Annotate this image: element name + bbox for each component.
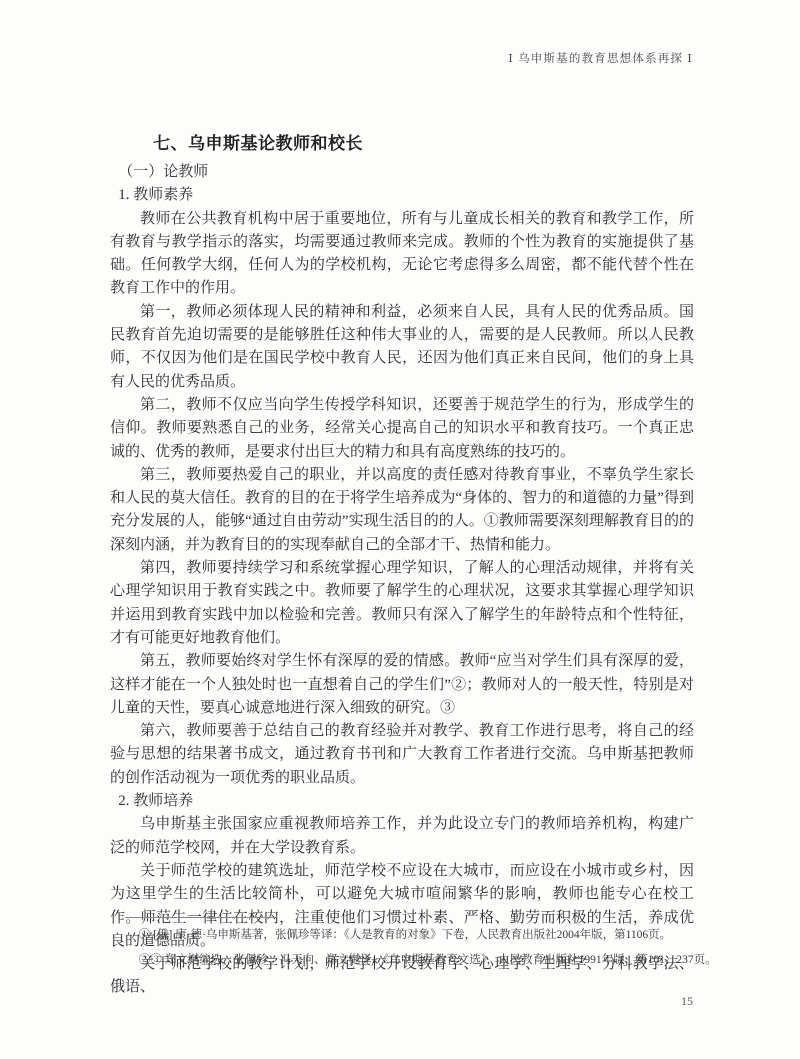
footnote: ②③ 郑文樾编选，张佩珍、冯天向、郑文樾译：《乌申斯基教育文选》，人民教育出版社… [110, 948, 694, 973]
footnotes-section: ① [俄] 康·德·乌申斯基著，张佩珍等译：《人是教育的对象》下卷，人民教育出版… [110, 917, 694, 973]
footnote: ① [俄] 康·德·乌申斯基著，张佩珍等译：《人是教育的对象》下卷，人民教育出版… [110, 923, 694, 948]
running-head: Ⅰ 乌申斯基的教育思想体系再探 Ⅰ [508, 50, 693, 66]
body-paragraph: 第二，教师不仅应当向学生传授学科知识，还要善于规范学生的行为，形成学生的信仰。教… [110, 394, 694, 464]
subsection-heading: （一）论教师 [110, 161, 694, 184]
numbered-heading: 2. 教师培养 [110, 790, 694, 813]
body-paragraph: 第五，教师要始终对学生怀有深厚的爱的情感。教师“应当对学生们具有深厚的爱，这样才… [110, 650, 694, 720]
body-paragraph: 第四，教师要持续学习和系统掌握心理学知识，了解人的心理活动规律，并将有关心理学知… [110, 557, 694, 650]
body-paragraph: 第三，教师要热爱自己的职业，并以高度的责任感对待教育事业，不辜负学生家长和人民的… [110, 464, 694, 557]
body-paragraph: 第六，教师要善于总结自己的教育经验并对教学、教育工作进行思考，将自己的经验与思想… [110, 720, 694, 790]
page-number: 15 [672, 994, 702, 1009]
body-paragraph: 教师在公共教育机构中居于重要地位，所有与儿童成长相关的教育和教学工作，所有教育与… [110, 208, 694, 301]
body-paragraph: 第一，教师必须体现人民的精神和利益，必须来自人民，具有人民的优秀品质。国民教育首… [110, 301, 694, 394]
footnote-divider [125, 917, 277, 918]
book-page: Ⅰ 乌申斯基的教育思想体系再探 Ⅰ 七、乌申斯基论教师和校长 （一）论教师 1.… [0, 0, 800, 1059]
body-paragraph: 乌申斯基主张国家应重视教师培养工作，并为此设立专门的教师培养机构，构建广泛的师范… [110, 813, 694, 860]
page-content: 七、乌申斯基论教师和校长 （一）论教师 1. 教师素养 教师在公共教育机构中居于… [110, 133, 694, 1000]
section-title: 七、乌申斯基论教师和校长 [153, 133, 694, 161]
numbered-heading: 1. 教师素养 [110, 184, 694, 207]
